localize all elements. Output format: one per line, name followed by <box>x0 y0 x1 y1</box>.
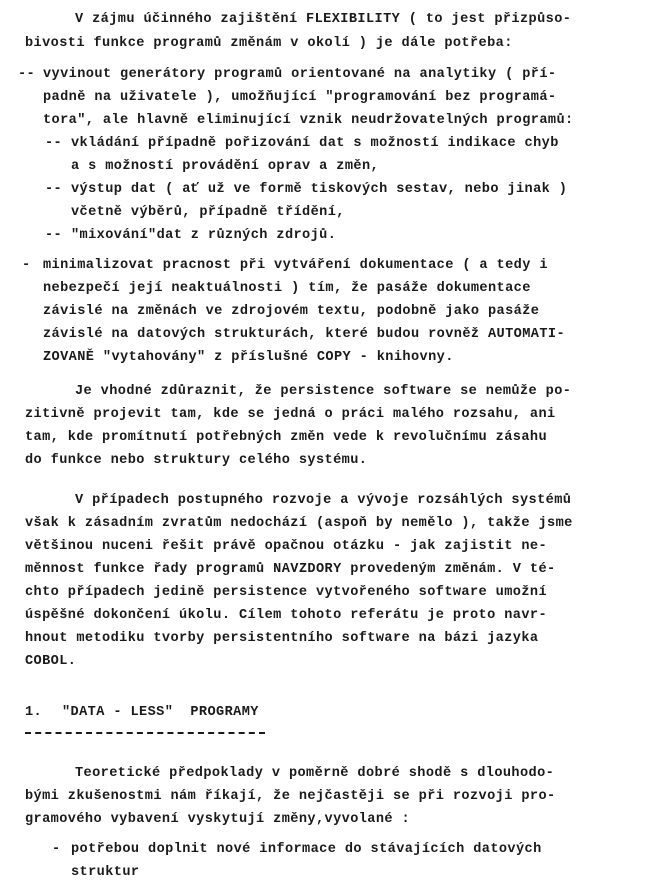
heading-underline <box>25 732 265 734</box>
sublist-marker: -- <box>45 228 62 244</box>
list-marker: - <box>52 842 61 858</box>
list-item-line: závislé na změnách ve zdrojovém textu, p… <box>43 304 539 320</box>
paragraph-persistence-line: Je vhodné zdůraznit, že persistence soft… <box>75 384 571 400</box>
paragraph-theory-line: gramového vybavení vyskytují změny,vyvol… <box>25 812 410 828</box>
list-item-line: závislé na datových strukturách, které b… <box>43 327 565 343</box>
sublist-item-line: vkládání případně pořizování dat s možno… <box>71 136 559 152</box>
sublist-item-line: a s možností provádění oprav a změn, <box>71 159 379 175</box>
paragraph-persistence-line: zitivně projevit tam, kde se jedná o prá… <box>25 407 556 423</box>
sublist-marker: -- <box>45 182 62 198</box>
paragraph-flexibility-line: V zájmu účinného zajištění FLEXIBILITY (… <box>75 12 571 28</box>
paragraph-large-systems-line: hnout metodiku tvorby persistentního sof… <box>25 631 538 647</box>
section-number: 1. <box>25 705 42 721</box>
paragraph-large-systems-line: měnnost funkce řady programů NAVZDORY pr… <box>25 562 556 578</box>
list-item-line: padně na uživatele ), umožňující "progra… <box>43 90 556 106</box>
paragraph-theory-line: Teoretické předpoklady v poměrně dobré s… <box>75 766 554 782</box>
list-item-line: struktur <box>71 865 139 881</box>
list-marker: - <box>22 258 31 274</box>
paragraph-large-systems-line: chto případech jedině persistence vytvoř… <box>25 585 547 601</box>
sublist-item-line: "mixování"dat z různých zdrojů. <box>71 228 336 244</box>
list-item-line: tora", ale hlavně eliminující vznik neud… <box>43 113 574 129</box>
paragraph-theory-line: bými zkušenostmi nám říkají, že nejčastě… <box>25 789 556 805</box>
paragraph-persistence-line: tam, kde promítnutí potřebných změn vede… <box>25 430 547 446</box>
list-item-line: ZOVANĚ "vytahovány" z příslušné COPY - k… <box>43 350 454 366</box>
paragraph-large-systems-line: úspěšné dokončení úkolu. Cílem tohoto re… <box>25 608 547 624</box>
sublist-item-line: včetně výběrů, případně třídění, <box>71 205 345 221</box>
paragraph-large-systems-line: však k zásadním zvratům nedochází (aspoň… <box>25 516 573 532</box>
paragraph-flexibility-line: bivosti funkce programů změnám v okolí )… <box>25 36 513 52</box>
list-item-line: nebezpečí její neaktuálnosti ) tím, že p… <box>43 281 531 297</box>
list-item-line: minimalizovat pracnost při vytváření dok… <box>43 258 548 274</box>
list-item-line: potřebou doplnit nové informace do stáva… <box>71 842 542 858</box>
paragraph-large-systems-line: většinou nuceni řešit právě opačnou otáz… <box>25 539 547 555</box>
paragraph-large-systems-line: COBOL. <box>25 654 76 670</box>
paragraph-large-systems-line: V případech postupného rozvoje a vývoje … <box>75 493 571 509</box>
sublist-item-line: výstup dat ( ať už ve formě tiskových se… <box>71 182 567 198</box>
section-title: "DATA - LESS" PROGRAMY <box>62 705 259 721</box>
list-marker: -- <box>18 67 35 83</box>
paragraph-persistence-line: do funkce nebo struktury celého systému. <box>25 453 367 469</box>
sublist-marker: -- <box>45 136 62 152</box>
list-item-line: vyvinout generátory programů orientované… <box>43 67 556 83</box>
